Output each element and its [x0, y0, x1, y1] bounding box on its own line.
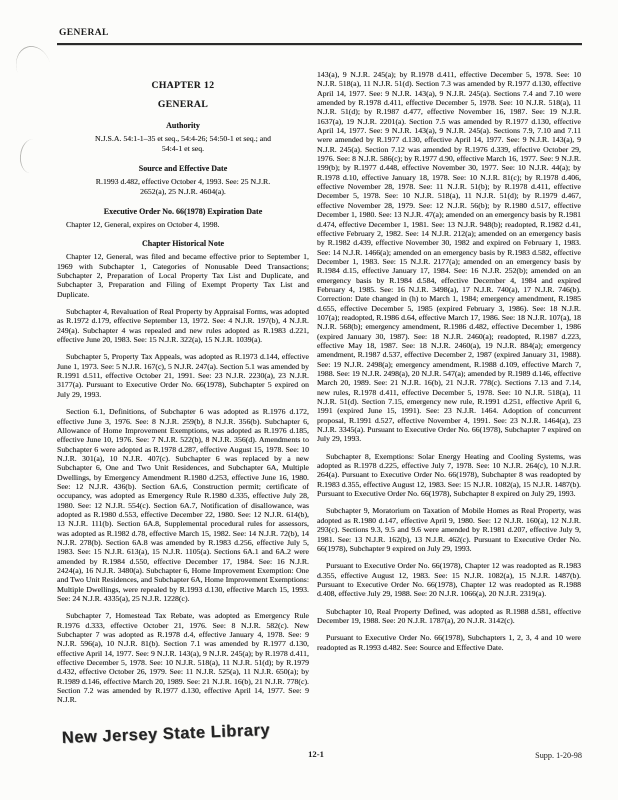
- expiration-text: Chapter 12, General, expires on October …: [57, 220, 309, 229]
- left-column: CHAPTER 12 GENERAL Authority N.J.S.A. 54…: [57, 80, 309, 705]
- header-rule: [57, 43, 582, 45]
- library-stamp: New Jersey State Library: [62, 717, 363, 748]
- historical-paragraph: Section 6.1, Definitions, of Subchapter …: [57, 407, 309, 603]
- authority-text: N.J.S.A. 54:1-1–35 et seq., 54:4-26; 54:…: [94, 134, 272, 153]
- chapter-heading: CHAPTER 12: [57, 80, 309, 91]
- historical-paragraph: Pursuant to Executive Order No. 66(1978)…: [317, 561, 581, 598]
- historical-paragraph: Pursuant to Executive Order No. 66(1978)…: [317, 633, 581, 652]
- authority-heading: Authority: [57, 121, 309, 131]
- historical-paragraph-continued: 143(a), 9 N.J.R. 245(a); by R.1978 d.411…: [317, 70, 581, 444]
- scan-artifact-mark: [18, 138, 40, 174]
- historical-paragraph: Subchapter 5, Property Tax Appeals, was …: [57, 352, 309, 399]
- expiration-heading: Executive Order No. 66(1978) Expiration …: [57, 207, 309, 217]
- page-number: 12-1: [296, 749, 336, 759]
- source-heading: Source and Effective Date: [57, 164, 309, 174]
- running-header: GENERAL: [59, 28, 109, 38]
- scan-artifact-mark: [11, 41, 52, 77]
- chapter-subheading: GENERAL: [57, 99, 309, 110]
- historical-paragraph: Subchapter 4, Revaluation of Real Proper…: [57, 307, 309, 344]
- historical-paragraph: Subchapter 7, Homestead Tax Rebate, was …: [57, 611, 309, 704]
- historical-paragraph: Subchapter 10, Real Property Defined, wa…: [317, 607, 581, 626]
- supplement-date: Supp. 1-20-98: [535, 751, 582, 760]
- historical-paragraph: Chapter 12, General, was filed and becam…: [57, 252, 309, 299]
- right-column: 143(a), 9 N.J.R. 245(a); by R.1978 d.411…: [317, 70, 581, 652]
- historical-paragraph: Subchapter 9, Moratorium on Taxation of …: [317, 506, 581, 553]
- source-text: R.1993 d.482, effective October 4, 1993.…: [94, 177, 272, 196]
- historical-paragraph: Subchapter 8, Exemptions: Solar Energy H…: [317, 452, 581, 499]
- historical-note-heading: Chapter Historical Note: [57, 239, 309, 249]
- document-page: GENERAL CHAPTER 12 GENERAL Authority N.J…: [0, 0, 618, 800]
